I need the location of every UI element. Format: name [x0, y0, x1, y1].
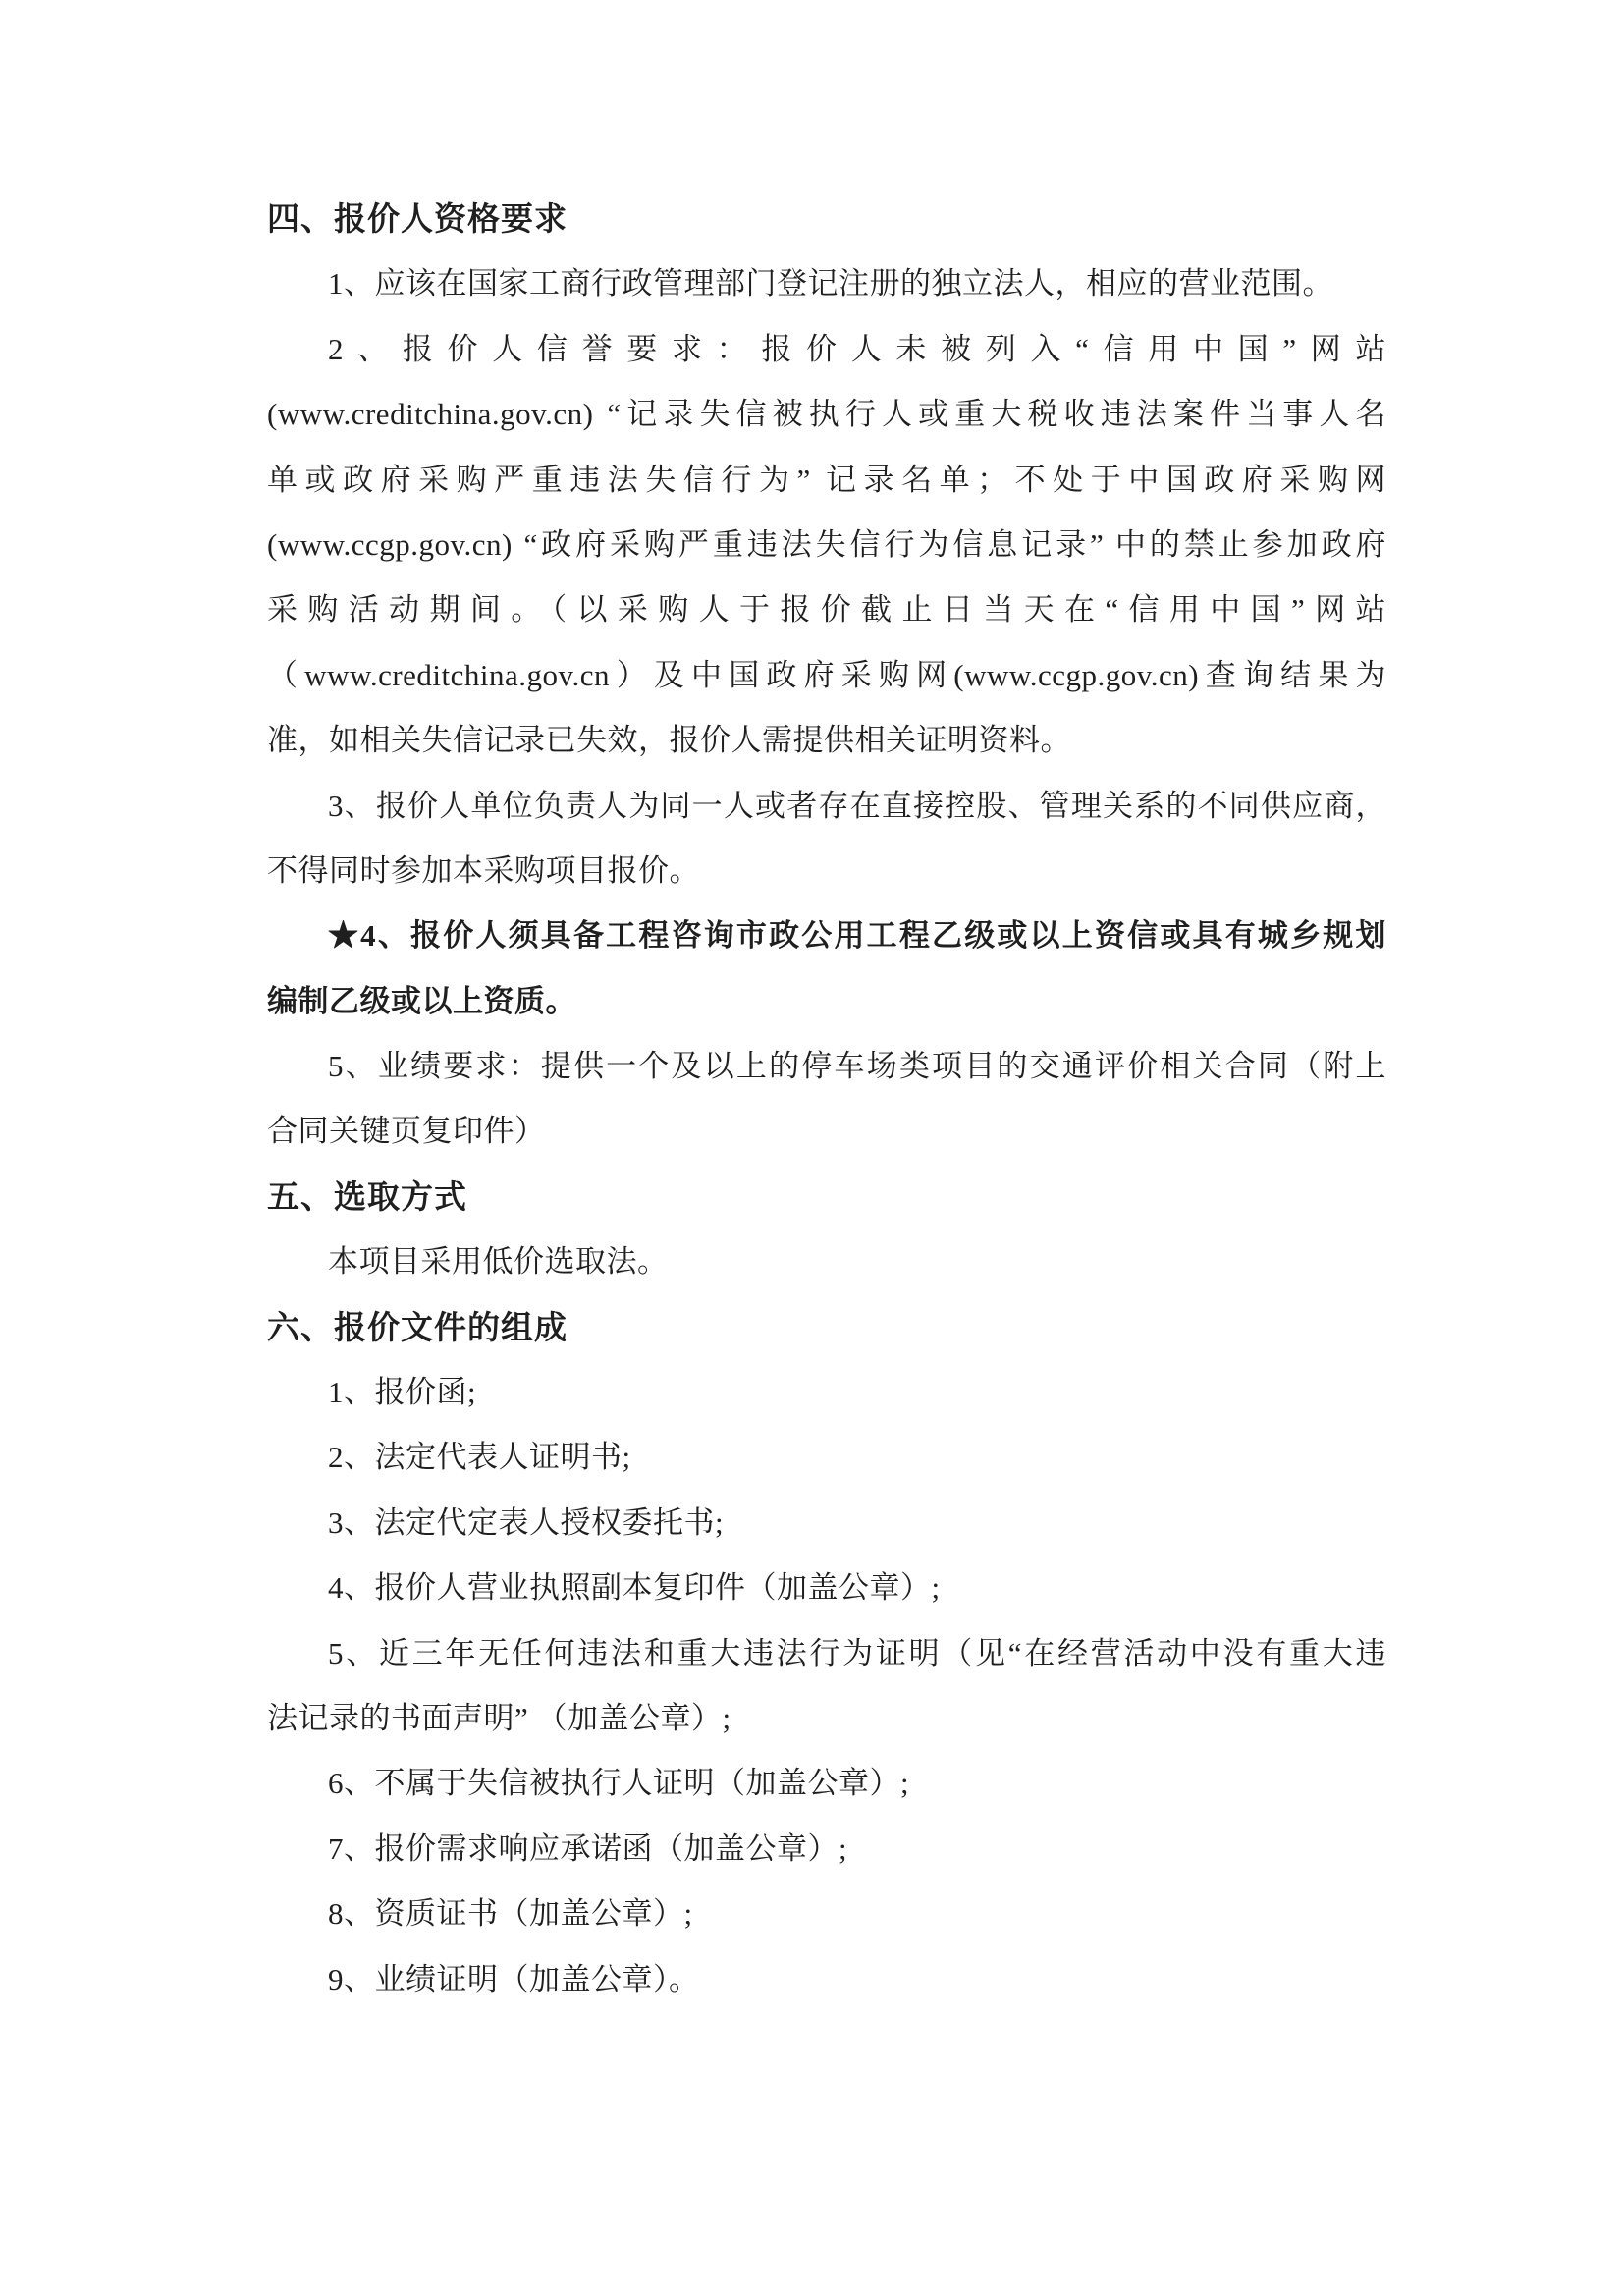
- doc-line: (www.ccgp.gov.cn) “政府采购严重违法失信行为信息记录” 中的禁…: [267, 513, 1386, 577]
- list-item: 3、法定代定表人授权委托书;: [267, 1491, 1386, 1556]
- list-item: 法记录的书面声明” （加盖公章）;: [267, 1686, 1386, 1751]
- doc-line: (www.creditchina.gov.cn) “记录失信被执行人或重大税收违…: [267, 382, 1386, 447]
- doc-line: 1、应该在国家工商行政管理部门登记注册的独立法人，相应的营业范围。: [267, 251, 1386, 316]
- section-4-heading: 四、报价人资格要求: [267, 187, 1386, 251]
- document-page: 四、报价人资格要求 1、应该在国家工商行政管理部门登记注册的独立法人，相应的营业…: [0, 0, 1624, 2296]
- list-item: 9、业绩证明（加盖公章）。: [267, 1947, 1386, 2012]
- list-item: 8、资质证书（加盖公章）;: [267, 1882, 1386, 1946]
- document-content: 四、报价人资格要求 1、应该在国家工商行政管理部门登记注册的独立法人，相应的营业…: [267, 187, 1386, 2012]
- doc-line: 准，如相关失信记录已失效，报价人需提供相关证明资料。: [267, 708, 1386, 773]
- doc-line: （www.creditchina.gov.cn）及中国政府采购网(www.ccg…: [267, 643, 1386, 708]
- list-item: 1、报价函;: [267, 1360, 1386, 1425]
- section-6-heading: 六、报价文件的组成: [267, 1295, 1386, 1360]
- list-item: 2、法定代表人证明书;: [267, 1425, 1386, 1490]
- doc-line: 单或政府采购严重违法失信行为” 记录名单；不处于中国政府采购网: [267, 448, 1386, 513]
- doc-line: 合同关键页复印件）: [267, 1099, 1386, 1164]
- doc-line: 3、报价人单位负责人为同一人或者存在直接控股、管理关系的不同供应商，: [267, 774, 1386, 839]
- doc-line: 2、报价人信誉要求：报价人未被列入“信用中国”网站: [267, 317, 1386, 382]
- list-item: 7、报价需求响应承诺函（加盖公章）;: [267, 1817, 1386, 1882]
- doc-line: 采购活动期间。（以采购人于报价截止日当天在“信用中国”网站: [267, 577, 1386, 642]
- doc-line-starred-requirement: ★4、报价人须具备工程咨询市政公用工程乙级或以上资信或具有城乡规划: [267, 903, 1386, 968]
- doc-line-starred-requirement: 编制乙级或以上资质。: [267, 969, 1386, 1034]
- section-5-heading: 五、选取方式: [267, 1165, 1386, 1230]
- doc-line: 本项目采用低价选取法。: [267, 1230, 1386, 1294]
- list-item: 4、报价人营业执照副本复印件（加盖公章）;: [267, 1556, 1386, 1620]
- doc-line: 不得同时参加本采购项目报价。: [267, 839, 1386, 903]
- list-item: 6、不属于失信被执行人证明（加盖公章）;: [267, 1751, 1386, 1816]
- list-item: 5、近三年无任何违法和重大违法行为证明（见“在经营活动中没有重大违: [267, 1621, 1386, 1686]
- doc-line: 5、业绩要求：提供一个及以上的停车场类项目的交通评价相关合同（附上: [267, 1034, 1386, 1099]
